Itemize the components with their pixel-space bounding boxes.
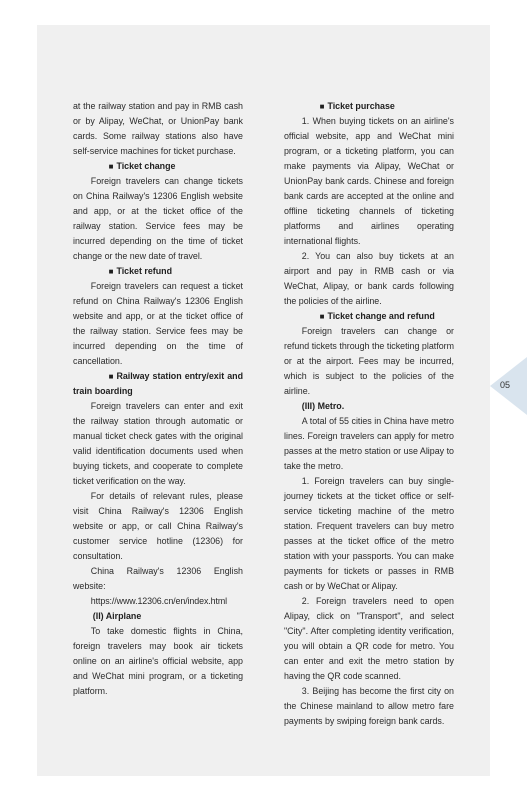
paragraph-ticket-refund: Foreign travelers can request a ticket r… [73, 279, 243, 369]
paragraph-rule-details: For details of relevant rules, please vi… [73, 489, 243, 564]
heading-ticket-change: Ticket change [73, 159, 243, 174]
paragraph-station-entry: Foreign travelers can enter and exit the… [73, 399, 243, 489]
page-number: 05 [500, 380, 510, 390]
right-column: Ticket purchase 1. When buying tickets o… [284, 99, 454, 729]
paragraph-website-label: China Railway's 12306 English website: [73, 564, 243, 594]
paragraph-airplane: To take domestic flights in China, forei… [73, 624, 243, 699]
paragraph-purchase-2: 2. You can also buy tickets at an airpor… [284, 249, 454, 309]
paragraph-metro-intro: A total of 55 cities in China have metro… [284, 414, 454, 474]
heading-ticket-refund: Ticket refund [73, 264, 243, 279]
railway-website-link[interactable]: https://www.12306.cn/en/index.html [73, 594, 243, 609]
heading-station-entry: Railway station entry/exit and train boa… [73, 369, 243, 399]
heading-ticket-purchase: Ticket purchase [284, 99, 454, 114]
paragraph-metro-2: 2. Foreign travelers need to open Alipay… [284, 594, 454, 684]
paragraph-purchase-1: 1. When buying tickets on an airline's o… [284, 114, 454, 249]
heading-airplane: (II) Airplane [73, 609, 243, 624]
paragraph-metro-1: 1. Foreign travelers can buy single-jour… [284, 474, 454, 594]
paragraph-change-refund: Foreign travelers can change or refund t… [284, 324, 454, 399]
paragraph-ticket-change: Foreign travelers can change tickets on … [73, 174, 243, 264]
paragraph-metro-3: 3. Beijing has become the first city on … [284, 684, 454, 729]
paragraph-railway-payment: at the railway station and pay in RMB ca… [73, 99, 243, 159]
heading-metro: (III) Metro. [284, 399, 454, 414]
left-column: at the railway station and pay in RMB ca… [73, 99, 243, 699]
heading-change-refund: Ticket change and refund [284, 309, 454, 324]
